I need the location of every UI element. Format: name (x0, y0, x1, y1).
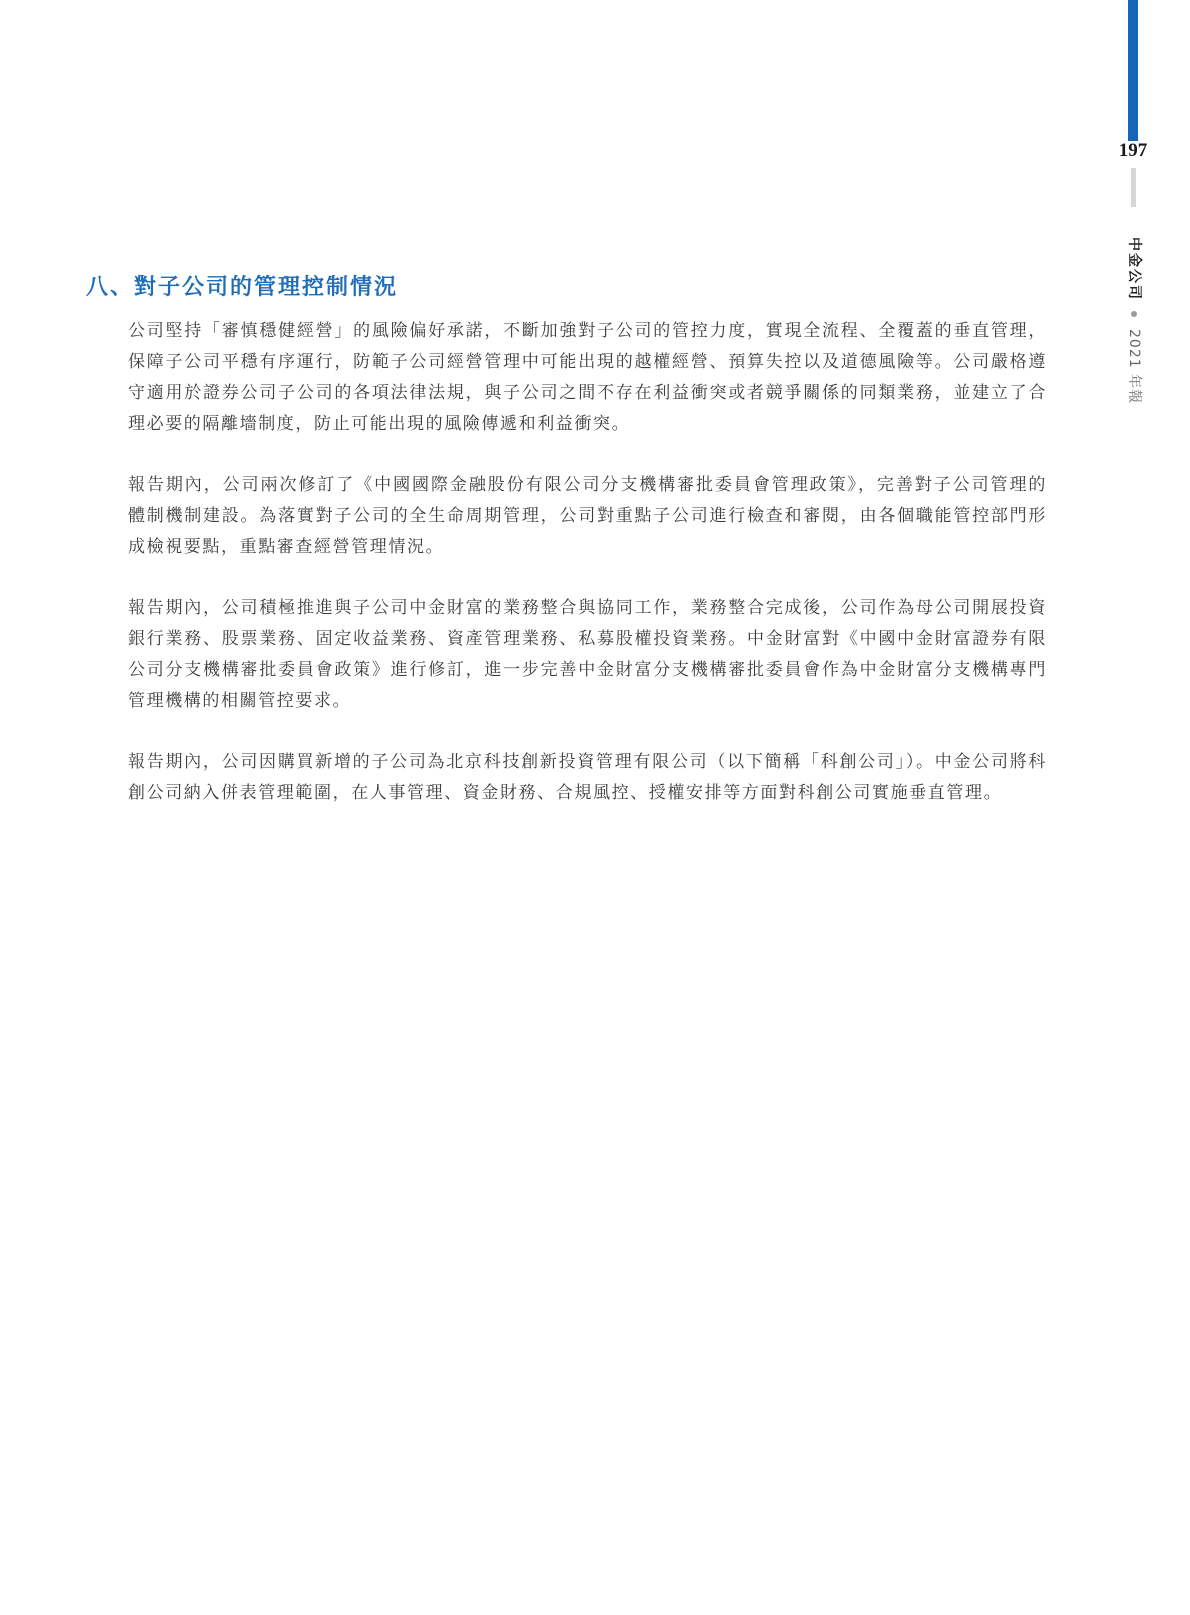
company-name: 中金公司 (1125, 237, 1143, 301)
paragraph: 報告期內，公司因購買新增的子公司為北京科技創新投資管理有限公司（以下簡稱「科創公… (128, 747, 1047, 809)
page-number: 197 (1110, 140, 1156, 162)
side-divider-bar (1131, 168, 1136, 207)
section-title: 八、對子公司的管理控制情況 (86, 273, 398, 303)
side-accent-bar (1128, 0, 1138, 141)
paragraph: 報告期內，公司兩次修訂了《中國國際金融股份有限公司分支機構審批委員會管理政策》，… (128, 470, 1047, 563)
bullet-dot-icon (1131, 311, 1137, 317)
running-header: 中金公司 2021 年報 (1125, 237, 1143, 404)
paragraph: 報告期內，公司積極推進與子公司中金財富的業務整合與協同工作，業務整合完成後，公司… (128, 593, 1047, 717)
report-name: 2021 年報 (1125, 329, 1143, 404)
section-body: 公司堅持「審慎穩健經營」的風險偏好承諾，不斷加強對子公司的管控力度，實現全流程、… (128, 316, 1047, 839)
paragraph: 公司堅持「審慎穩健經營」的風險偏好承諾，不斷加強對子公司的管控力度，實現全流程、… (128, 316, 1047, 440)
